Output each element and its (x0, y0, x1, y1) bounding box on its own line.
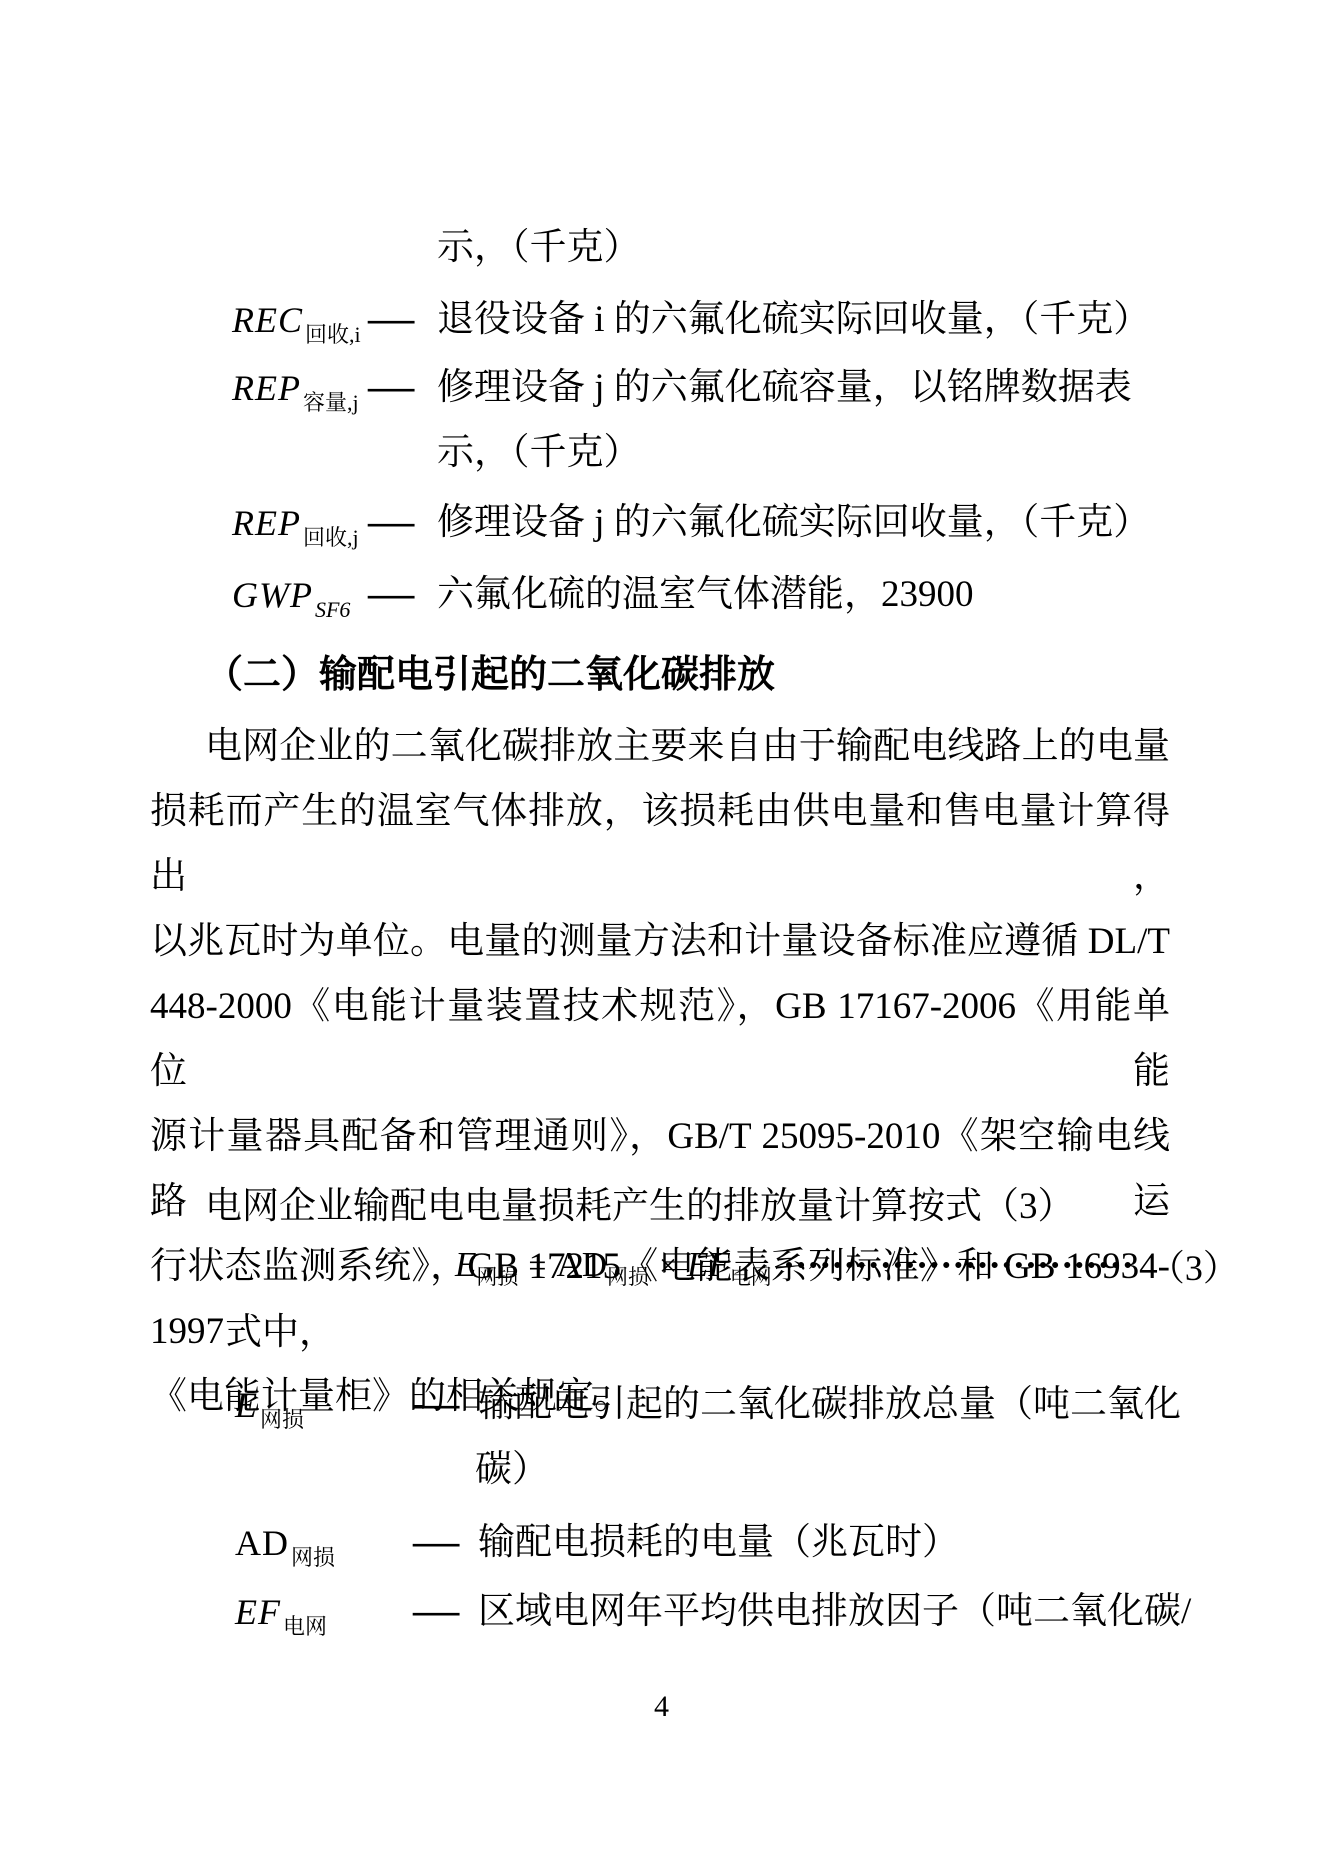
definition-term: AD网损 (235, 1521, 335, 1570)
definition-row-rep-recovered: REP回收,j — 修理设备 j 的六氟化硫实际回收量，（千克） (0, 501, 1323, 547)
where-label: 式中， (225, 1306, 336, 1360)
paragraph-line: 448-2000《电能计量装置技术规范》，GB 17167-2006《用能单位能 (150, 974, 1170, 1104)
term-symbol: REP (232, 368, 301, 408)
definition-desc-wrap-row: 示，（千克） (0, 431, 1323, 477)
definition-desc: 输配电损耗的电量（兆瓦时） (478, 1521, 959, 1565)
definition-desc-wrap: 碳） (475, 1448, 549, 1492)
definition-term: REC回收,i (232, 298, 361, 347)
equation-var-e: E (455, 1245, 476, 1285)
term-symbol: REC (232, 300, 303, 340)
equation-var-ad: AD (556, 1245, 607, 1285)
definition-desc: 六氟化硫的温室气体潜能，23900 (437, 573, 974, 617)
definition-desc: 输配电引起的二氧化碳排放总量（吨二氧化 (478, 1383, 1181, 1427)
term-subscript: 回收,i (305, 322, 361, 347)
definition-desc-wrap-row: 碳） (0, 1448, 1323, 1494)
equals-sign: = (528, 1247, 546, 1284)
term-subscript: 容量,j (303, 390, 359, 415)
document-page: 示，（千克） REC回收,i — 退役设备 i 的六氟化硫实际回收量，（千克） … (0, 0, 1323, 1871)
term-subscript: 电网 (283, 1614, 327, 1639)
term-symbol: E (235, 1385, 258, 1425)
equation-sub-ad: 网损 (607, 1261, 649, 1291)
term-subscript: 回收,j (303, 525, 359, 550)
definition-dash: — (413, 1383, 459, 1427)
term-subscript: 网损 (291, 1545, 335, 1570)
equation-3: E网损 = AD网损 × EF电网 （3） (455, 1238, 1239, 1292)
term-subscript: 网损 (260, 1407, 304, 1432)
definition-row-rep-capacity: REP容量,j — 修理设备 j 的六氟化硫容量，以铭牌数据表 (0, 366, 1323, 412)
definition-term: REP回收,j (232, 501, 359, 550)
definition-term: E网损 (235, 1383, 304, 1432)
definition-desc: 区域电网年平均供电排放因子（吨二氧化碳/ (478, 1590, 1191, 1634)
dotted-leader (786, 1262, 1131, 1268)
definition-desc: 修理设备 j 的六氟化硫实际回收量，（千克） (437, 501, 1150, 545)
multiply-sign: × (659, 1247, 677, 1284)
paragraph-line: 电网企业的二氧化碳排放主要来自由于输配电线路上的电量 (150, 714, 1170, 779)
definition-row-rec: REC回收,i — 退役设备 i 的六氟化硫实际回收量，（千克） (0, 298, 1323, 344)
term-subscript: SF6 (315, 597, 350, 622)
definition-row-ad-grid-loss: AD网损 — 输配电损耗的电量（兆瓦时） (0, 1521, 1323, 1567)
equation-var-ef: EF (687, 1245, 730, 1285)
definition-dash: — (368, 366, 414, 410)
equation-sub-ef: 电网 (730, 1261, 772, 1291)
page-number: 4 (0, 1690, 1323, 1724)
equation-number: （3） (1149, 1240, 1239, 1291)
equation-sub-e: 网损 (476, 1261, 518, 1291)
definition-term: REP容量,j (232, 366, 359, 415)
definition-dash: — (368, 501, 414, 545)
definition-continuation-text: 示，（千克） (437, 226, 641, 270)
paragraph-line: 损耗而产生的温室气体排放，该损耗由供电量和售电量计算得出， (150, 779, 1170, 909)
definition-row-e-grid-loss: E网损 — 输配电引起的二氧化碳排放总量（吨二氧化 (0, 1383, 1323, 1429)
formula-intro: 电网企业输配电电量损耗产生的排放量计算按式（3） (205, 1180, 1075, 1234)
definition-continuation-row: 示，（千克） (0, 226, 1323, 272)
definition-desc: 修理设备 j 的六氟化硫容量，以铭牌数据表 (437, 366, 1132, 410)
definition-dash: — (413, 1521, 459, 1565)
definition-desc: 退役设备 i 的六氟化硫实际回收量，（千克） (437, 298, 1150, 342)
definition-dash: — (368, 298, 414, 342)
definition-desc-wrap: 示，（千克） (437, 431, 641, 475)
definition-row-gwp: GWPSF6 — 六氟化硫的温室气体潜能，23900 (0, 573, 1323, 619)
definition-dash: — (413, 1590, 459, 1634)
definition-row-ef-grid: EF电网 — 区域电网年平均供电排放因子（吨二氧化碳/ (0, 1590, 1323, 1636)
definition-term: GWPSF6 (232, 573, 350, 622)
definition-dash: — (368, 573, 414, 617)
term-symbol: REP (232, 503, 301, 543)
term-symbol: AD (235, 1523, 289, 1563)
definition-term: EF电网 (235, 1590, 327, 1639)
term-symbol: EF (235, 1592, 281, 1632)
term-symbol: GWP (232, 575, 313, 615)
section-heading: （二）输配电引起的二氧化碳排放 (205, 643, 775, 698)
paragraph-line: 以兆瓦时为单位。电量的测量方法和计量设备标准应遵循 DL/T (150, 909, 1170, 974)
